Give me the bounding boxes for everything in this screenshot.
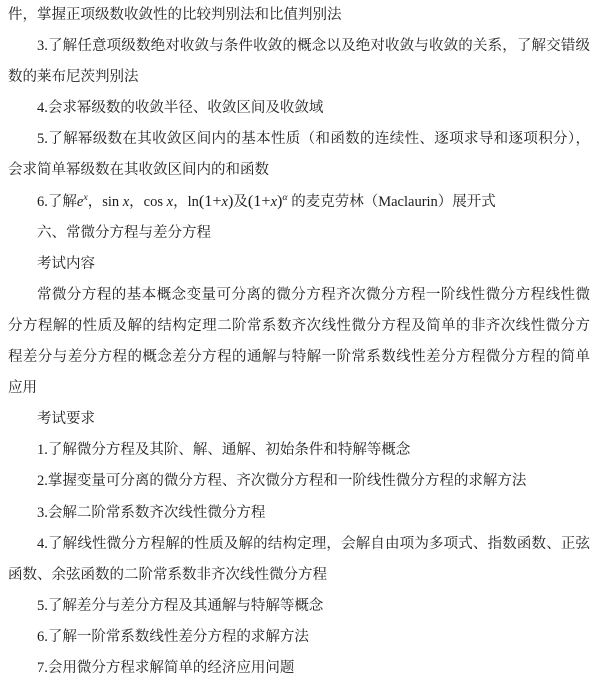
text-segment: 考试要求 xyxy=(37,411,95,427)
text-segment: 函数、余弦函数的二阶常系数非齐次线性微分方程 xyxy=(8,567,327,583)
text-segment: 六、常微分方程与差分方程 xyxy=(37,225,211,241)
text-line: 6.了解一阶常系数线性差分方程的求解方法 xyxy=(8,622,590,653)
text-line: 六、常微分方程与差分方程 xyxy=(8,218,590,249)
text-segment: 分方程解的性质及解的结构定理二阶常系数齐次线性微分方程及简单的非齐次线性微分方 xyxy=(8,318,590,334)
math-segment: (1+ xyxy=(199,192,222,210)
text-line: 2.掌握变量可分离的微分方程、齐次微分方程和一阶线性微分方程的求解方法 xyxy=(8,466,590,497)
text-segment: 3.会解二阶常系数齐次线性微分方程 xyxy=(37,505,265,521)
text-line: 5.了解幂级数在其收敛区间内的基本性质（和函数的连续性、逐项求导和逐项积分）， xyxy=(8,124,590,155)
text-line: 5.了解差分与差分方程及其通解与特解等概念 xyxy=(8,591,590,622)
text-segment: 数的莱布尼茨判别法 xyxy=(8,69,139,85)
text-line: 应用 xyxy=(8,373,590,404)
text-segment: 7.会用微分方程求解简单的经济应用问题 xyxy=(37,660,294,676)
text-segment: 的麦克劳林（Maclaurin）展开式 xyxy=(288,194,496,210)
text-line: 3.了解任意项级数绝对收敛与条件收敛的概念以及绝对收敛与收敛的关系，了解交错级 xyxy=(8,31,590,62)
text-line: 考试内容 xyxy=(8,249,590,280)
math-segment: (1+ xyxy=(248,192,271,210)
text-line: 考试要求 xyxy=(8,404,590,435)
text-line: 3.会解二阶常系数齐次线性微分方程 xyxy=(8,498,590,529)
text-segment: 4.会求幂级数的收敛半径、收敛区间及收敛域 xyxy=(37,100,323,116)
text-line: 1.了解微分方程及其阶、解、通解、初始条件和特解等概念 xyxy=(8,435,590,466)
text-segment: 6.了解 xyxy=(37,194,77,210)
math-segment: ln xyxy=(188,194,199,210)
text-line: 会求简单幂级数在其收敛区间内的和函数 xyxy=(8,155,590,186)
text-line: 函数、余弦函数的二阶常系数非齐次线性微分方程 xyxy=(8,560,590,591)
text-segment: 件，掌握正项级数收敛性的比较判别法和比值判别法 xyxy=(8,7,342,23)
text-segment: 6.了解一阶常系数线性差分方程的求解方法 xyxy=(37,629,309,645)
text-segment: 及 xyxy=(233,194,248,210)
text-segment: 程差分与差分方程的概念差分方程的通解与特解一阶常系数线性差分方程微分方程的简单 xyxy=(8,349,590,365)
text-line: 6.了解ex，sin x，cos x，ln(1+x)及(1+x)α 的麦克劳林（… xyxy=(8,187,590,218)
text-line: 常微分方程的基本概念变量可分离的微分方程齐次微分方程一阶线性微分方程线性微 xyxy=(8,280,590,311)
text-segment: ， xyxy=(129,194,144,210)
text-segment: 3.了解任意项级数绝对收敛与条件收敛的概念以及绝对收敛与收敛的关系，了解交错级 xyxy=(37,38,590,54)
document-page: 件，掌握正项级数收敛性的比较判别法和比值判别法3.了解任意项级数绝对收敛与条件收… xyxy=(0,0,597,694)
text-line: 数的莱布尼茨判别法 xyxy=(8,62,590,93)
text-segment: ， xyxy=(173,194,188,210)
text-line: 7.会用微分方程求解简单的经济应用问题 xyxy=(8,653,590,684)
text-segment: 常微分方程的基本概念变量可分离的微分方程齐次微分方程一阶线性微分方程线性微 xyxy=(37,287,590,303)
text-segment: 2.掌握变量可分离的微分方程、齐次微分方程和一阶线性微分方程的求解方法 xyxy=(37,473,526,489)
text-segment: 5.了解幂级数在其收敛区间内的基本性质（和函数的连续性、逐项求导和逐项积分）， xyxy=(37,131,590,147)
text-line: 分方程解的性质及解的结构定理二阶常系数齐次线性微分方程及简单的非齐次线性微分方 xyxy=(8,311,590,342)
text-segment: 考试内容 xyxy=(37,256,95,272)
text-line: 4.会求幂级数的收敛半径、收敛区间及收敛域 xyxy=(8,93,590,124)
text-segment: 会求简单幂级数在其收敛区间内的和函数 xyxy=(8,162,269,178)
text-segment: 5.了解差分与差分方程及其通解与特解等概念 xyxy=(37,598,323,614)
text-segment: 1.了解微分方程及其阶、解、通解、初始条件和特解等概念 xyxy=(37,442,410,458)
text-segment: 4.了解线性微分方程解的性质及解的结构定理，会解自由项为多项式、指数函数、正弦 xyxy=(37,536,590,552)
text-line: 4.了解线性微分方程解的性质及解的结构定理，会解自由项为多项式、指数函数、正弦 xyxy=(8,529,590,560)
math-segment: sin xyxy=(102,194,123,210)
text-line: 程差分与差分方程的概念差分方程的通解与特解一阶常系数线性差分方程微分方程的简单 xyxy=(8,342,590,373)
text-line: 件，掌握正项级数收敛性的比较判别法和比值判别法 xyxy=(8,0,590,31)
text-segment: 应用 xyxy=(8,380,37,396)
math-segment: cos xyxy=(144,194,167,210)
text-segment: ， xyxy=(88,194,103,210)
